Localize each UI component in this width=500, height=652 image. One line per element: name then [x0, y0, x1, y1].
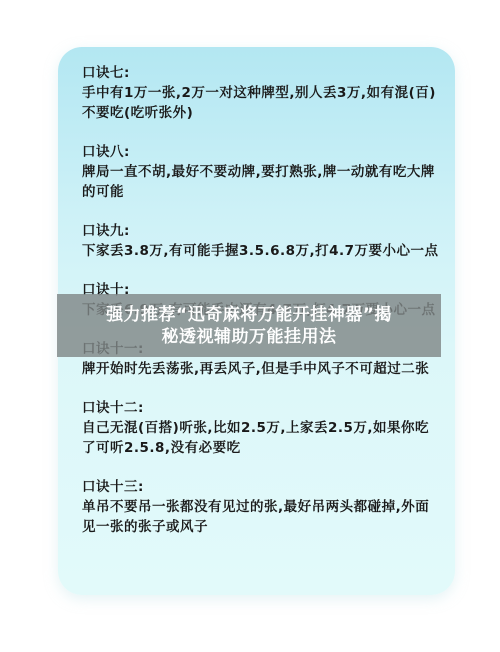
rule-body: 牌开始时先丢荡张,再丢风子,但是手中风子不可超过二张: [82, 359, 442, 379]
rule-body: 单吊不要吊一张都没有见过的张,最好吊两头都碰掉,外面见一张的张子或风子: [82, 497, 442, 537]
headline-banner: 强力推荐“迅奇麻将万能开挂神器”揭 秘透视辅助万能挂用法: [57, 294, 441, 357]
rule-7: 口诀七: 手中有1万一张,2万一对这种牌型,别人丢3万,如有混(百)不要吃(吃听…: [82, 63, 442, 123]
rule-body: 自己无混(百搭)听张,比如2.5万,上家丢2.5万,如果你吃了可听2.5.8,没…: [82, 418, 442, 458]
rule-8: 口诀八: 牌局一直不胡,最好不要动牌,要打熟张,牌一动就有吃大牌的可能: [82, 142, 442, 202]
rule-9: 口诀九: 下家丢3.8万,有可能手握3.5.6.8万,打4.7万要小心一点: [82, 221, 442, 261]
rule-title: 口诀十二:: [82, 398, 442, 418]
rule-body: 下家丢3.8万,有可能手握3.5.6.8万,打4.7万要小心一点: [82, 241, 442, 261]
rule-body: 牌局一直不胡,最好不要动牌,要打熟张,牌一动就有吃大牌的可能: [82, 162, 442, 202]
rule-title: 口诀九:: [82, 221, 442, 241]
rule-12: 口诀十二: 自己无混(百搭)听张,比如2.5万,上家丢2.5万,如果你吃了可听2…: [82, 398, 442, 458]
rule-13: 口诀十三: 单吊不要吊一张都没有见过的张,最好吊两头都碰掉,外面见一张的张子或风…: [82, 477, 442, 537]
rule-title: 口诀十三:: [82, 477, 442, 497]
rule-title: 口诀七:: [82, 63, 442, 83]
banner-line-1: 强力推荐“迅奇麻将万能开挂神器”揭: [106, 304, 392, 326]
rule-title: 口诀八:: [82, 142, 442, 162]
banner-line-2: 秘透视辅助万能挂用法: [162, 326, 337, 348]
rule-body: 手中有1万一张,2万一对这种牌型,别人丢3万,如有混(百)不要吃(吃听张外): [82, 83, 442, 123]
